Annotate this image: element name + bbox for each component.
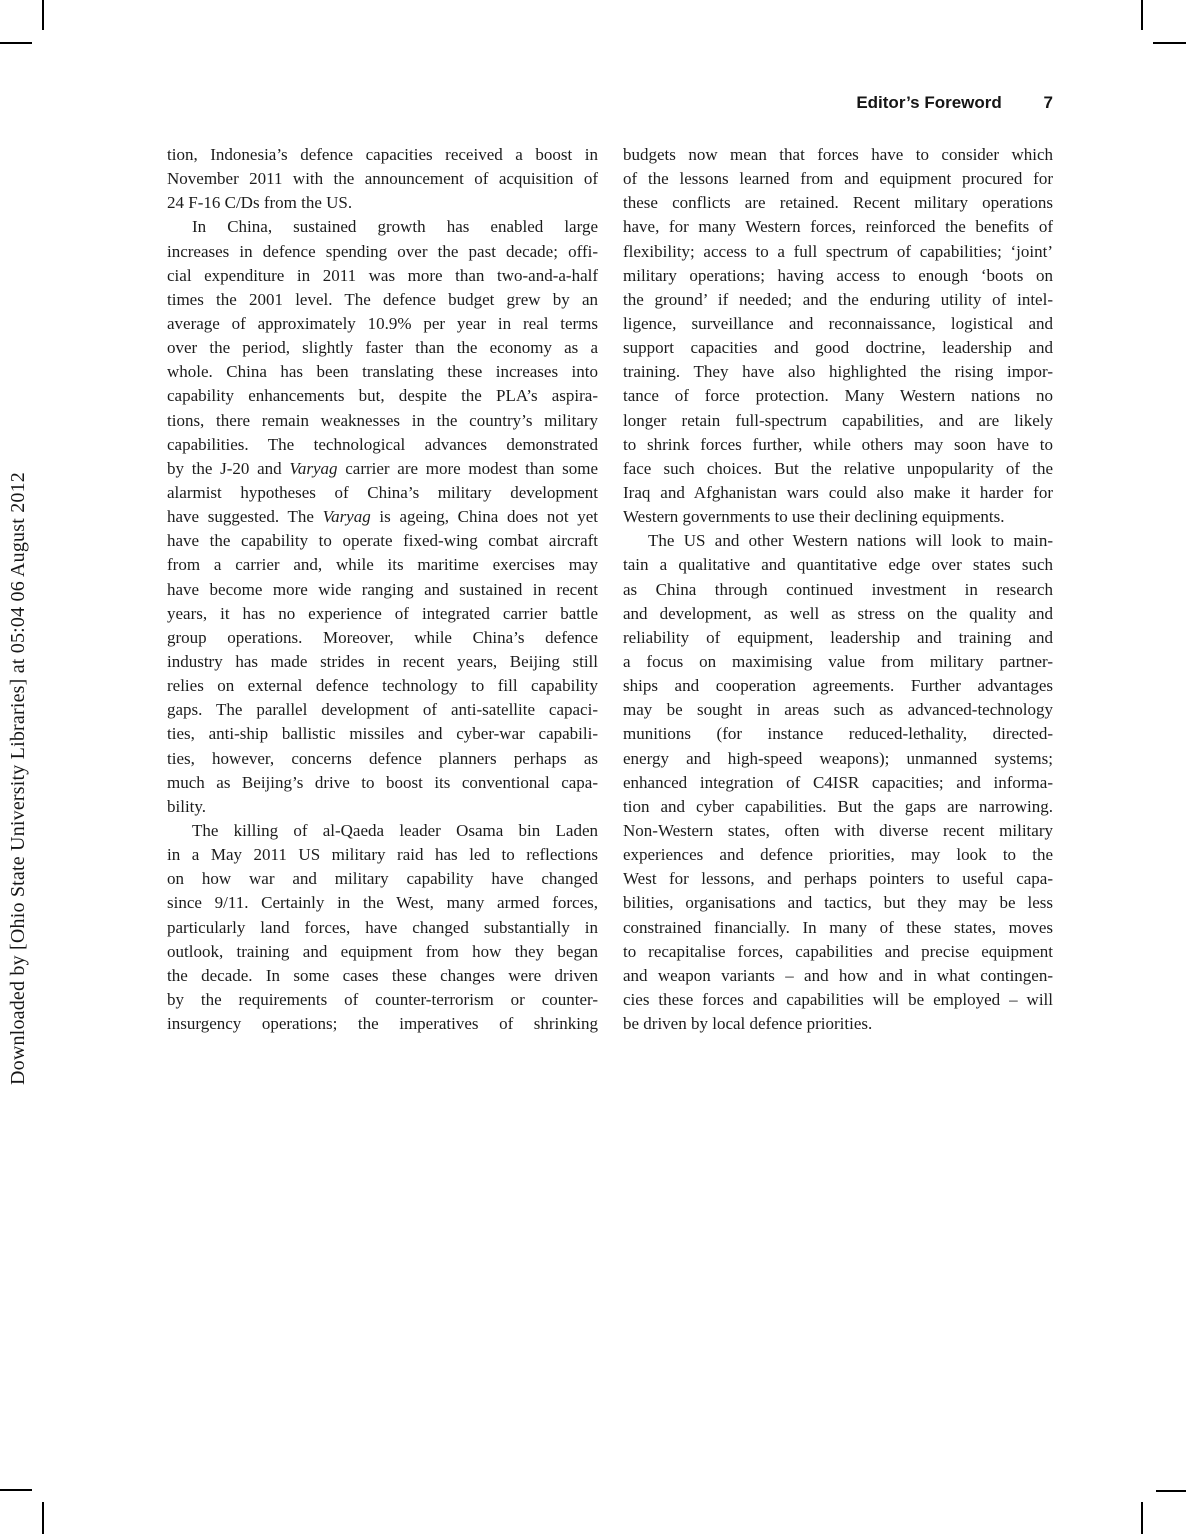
text-line: experiences and defence priorities, may …	[623, 843, 1053, 867]
text-line: Iraq and Afghanistan wars could also mak…	[623, 481, 1053, 505]
text-column-right: budgets now mean that forces have to con…	[623, 143, 1053, 1036]
text-line: West for lessons, and perhaps pointers t…	[623, 867, 1053, 891]
text-line: enhanced integration of C4ISR capacities…	[623, 771, 1053, 795]
text-line: The US and other Western nations will lo…	[623, 529, 1053, 553]
text-line: ties, however, concerns defence planners…	[167, 747, 598, 771]
text-line: alarmist hypotheses of China’s military …	[167, 481, 598, 505]
text-line: whole. China has been translating these …	[167, 360, 598, 384]
text-line: cies these forces and capabilities will …	[623, 988, 1053, 1012]
text-line: industry has made strides in recent year…	[167, 650, 598, 674]
text-line: be driven by local defence priorities.	[623, 1012, 1053, 1036]
text-line: Western governments to use their declini…	[623, 505, 1053, 529]
text-line: Non-Western states, often with diverse r…	[623, 819, 1053, 843]
text-line: constrained financially. In many of thes…	[623, 916, 1053, 940]
text-line: 24 F-16 C/Ds from the US.	[167, 191, 598, 215]
running-header: Editor’s Foreword 7	[0, 93, 1053, 113]
text-line: years, it has no experience of integrate…	[167, 602, 598, 626]
text-line: the ground’ if needed; and the enduring …	[623, 288, 1053, 312]
text-line: group operations. Moreover, while China’…	[167, 626, 598, 650]
text-line: to recapitalise forces, capabilities and…	[623, 940, 1053, 964]
text-line: capability enhancements but, despite the…	[167, 384, 598, 408]
text-line: outlook, training and equipment from how…	[167, 940, 598, 964]
text-line: flexibility; access to a full spectrum o…	[623, 240, 1053, 264]
crop-mark-top-right-vertical	[1141, 0, 1143, 30]
text-line: by the requirements of counter-terrorism…	[167, 988, 598, 1012]
text-line: since 9/11. Certainly in the West, many …	[167, 891, 598, 915]
crop-mark-bottom-left-horizontal	[0, 1489, 32, 1491]
text-line: insurgency operations; the imperatives o…	[167, 1012, 598, 1036]
text-line: face such choices. But the relative unpo…	[623, 457, 1053, 481]
text-line: bility.	[167, 795, 598, 819]
text-line: bilities, organisations and tactics, but…	[623, 891, 1053, 915]
text-line: to shrink forces further, while others m…	[623, 433, 1053, 457]
text-line: a focus on maximising value from militar…	[623, 650, 1053, 674]
crop-mark-bottom-right-vertical	[1141, 1502, 1143, 1534]
crop-mark-bottom-left-vertical	[42, 1502, 44, 1534]
text-line: by the J-20 and Varyag carrier are more …	[167, 457, 598, 481]
text-line: support capacities and good doctrine, le…	[623, 336, 1053, 360]
text-line: longer retain full-spectrum capabilities…	[623, 409, 1053, 433]
text-line: reliability of equipment, leadership and…	[623, 626, 1053, 650]
text-line: budgets now mean that forces have to con…	[623, 143, 1053, 167]
text-line: the decade. In some cases these changes …	[167, 964, 598, 988]
text-line: as China through continued investment in…	[623, 578, 1053, 602]
text-line: in a May 2011 US military raid has led t…	[167, 843, 598, 867]
text-line: ties, anti-ship ballistic missiles and c…	[167, 722, 598, 746]
text-line: ligence, surveillance and reconnaissance…	[623, 312, 1053, 336]
text-line: may be sought in areas such as advanced-…	[623, 698, 1053, 722]
page-number: 7	[1044, 93, 1053, 113]
running-header-title: Editor’s Foreword	[856, 93, 1001, 112]
crop-mark-bottom-right-horizontal	[1156, 1490, 1186, 1492]
text-line: tion and cyber capabilities. But the gap…	[623, 795, 1053, 819]
text-line: military operations; having access to en…	[623, 264, 1053, 288]
text-line: have, for many Western forces, reinforce…	[623, 215, 1053, 239]
text-line: tion, Indonesia’s defence capacities rec…	[167, 143, 598, 167]
text-line: have suggested. The Varyag is ageing, Ch…	[167, 505, 598, 529]
text-line: munitions (for instance reduced-lethalit…	[623, 722, 1053, 746]
download-watermark: Downloaded by [Ohio State University Lib…	[7, 435, 30, 1085]
text-line: energy and high-speed weapons); unmanned…	[623, 747, 1053, 771]
text-line: increases in defence spending over the p…	[167, 240, 598, 264]
text-line: gaps. The parallel development of anti-s…	[167, 698, 598, 722]
text-line: times the 2001 level. The defence budget…	[167, 288, 598, 312]
text-line: tance of force protection. Many Western …	[623, 384, 1053, 408]
text-line: The killing of al-Qaeda leader Osama bin…	[167, 819, 598, 843]
text-line: of the lessons learned from and equipmen…	[623, 167, 1053, 191]
text-line: have become more wide ranging and sustai…	[167, 578, 598, 602]
text-line: much as Beijing’s drive to boost its con…	[167, 771, 598, 795]
crop-mark-top-right-horizontal	[1153, 42, 1186, 44]
text-line: these conflicts are retained. Recent mil…	[623, 191, 1053, 215]
text-line: and weapon variants – and how and in wha…	[623, 964, 1053, 988]
scanned-page: Editor’s Foreword 7 Downloaded by [Ohio …	[0, 0, 1186, 1534]
text-column-left: tion, Indonesia’s defence capacities rec…	[167, 143, 598, 1036]
text-line: from a carrier and, while its maritime e…	[167, 553, 598, 577]
text-line: cial expenditure in 2011 was more than t…	[167, 264, 598, 288]
text-line: In China, sustained growth has enabled l…	[167, 215, 598, 239]
text-line: have the capability to operate fixed-win…	[167, 529, 598, 553]
text-line: capabilities. The technological advances…	[167, 433, 598, 457]
crop-mark-top-left-vertical	[42, 0, 44, 30]
text-line: training. They have also highlighted the…	[623, 360, 1053, 384]
text-line: average of approximately 10.9% per year …	[167, 312, 598, 336]
text-line: on how war and military capability have …	[167, 867, 598, 891]
text-line: tain a qualitative and quantitative edge…	[623, 553, 1053, 577]
text-line: ships and cooperation agreements. Furthe…	[623, 674, 1053, 698]
text-line: relies on external defence technology to…	[167, 674, 598, 698]
text-line: particularly land forces, have changed s…	[167, 916, 598, 940]
text-line: November 2011 with the announcement of a…	[167, 167, 598, 191]
text-line: tions, there remain weaknesses in the co…	[167, 409, 598, 433]
text-line: and development, as well as stress on th…	[623, 602, 1053, 626]
text-line: over the period, slightly faster than th…	[167, 336, 598, 360]
crop-mark-top-left-horizontal	[0, 42, 32, 44]
